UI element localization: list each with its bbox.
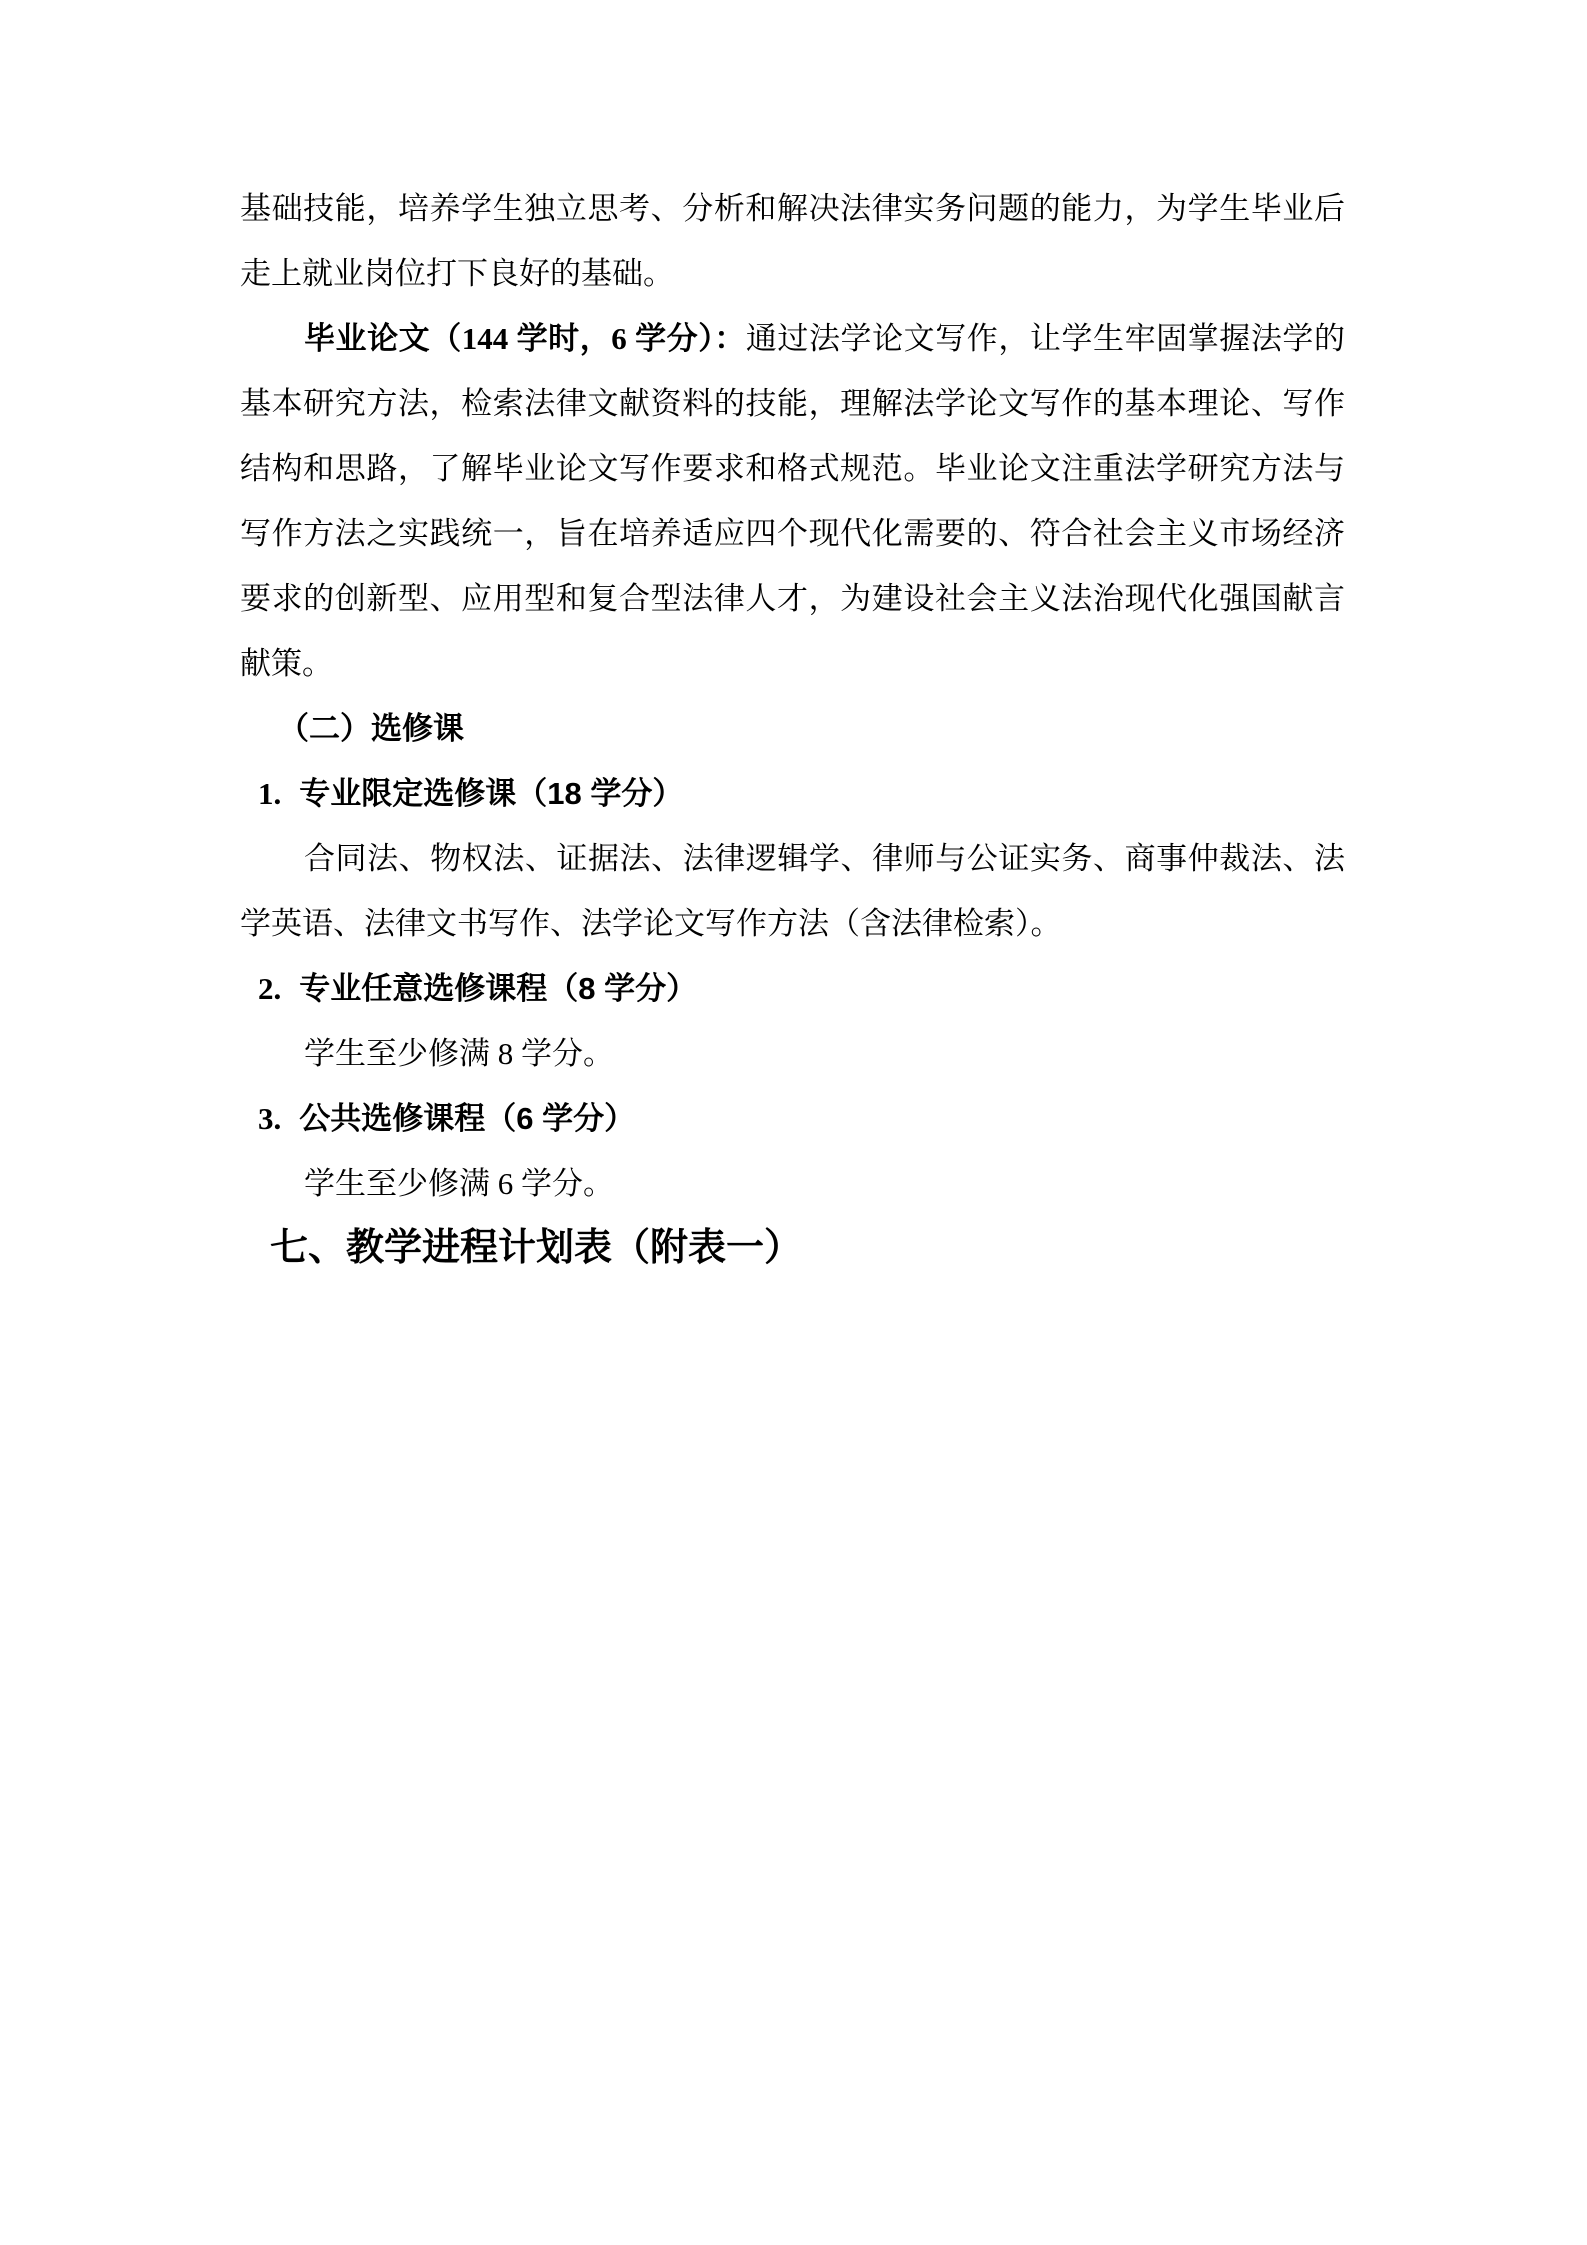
paragraph-thesis: 毕业论文（144 学时，6 学分）：通过法学论文写作，让学生牢固掌握法学的基本研… <box>240 306 1345 696</box>
subheading-3-number: 3. <box>258 1086 281 1151</box>
subheading-1-title: 专业限定选修课（18 学分） <box>299 776 683 811</box>
chapter-heading-teaching-schedule: 七、教学进程计划表（附表一） <box>240 1216 1345 1281</box>
paragraph-intro: 基础技能，培养学生独立思考、分析和解决法律实务问题的能力，为学生毕业后走上就业岗… <box>240 176 1345 306</box>
paragraph-free-electives: 学生至少修满 8 学分。 <box>240 1021 1345 1086</box>
paragraph-restricted-electives: 合同法、物权法、证据法、法律逻辑学、律师与公证实务、商事仲裁法、法学英语、法律文… <box>240 826 1345 956</box>
thesis-lead-bold: 毕业论文（144 学时，6 学分）： <box>304 321 746 356</box>
thesis-body-text: 通过法学论文写作，让学生牢固掌握法学的基本研究方法，检索法律文献资料的技能，理解… <box>240 321 1345 681</box>
document-text-block: 基础技能，培养学生独立思考、分析和解决法律实务问题的能力，为学生毕业后走上就业岗… <box>240 176 1345 1281</box>
subheading-public-electives: 3.公共选修课程（6 学分） <box>240 1086 1345 1151</box>
subheading-2-title: 专业任意选修课程（8 学分） <box>299 971 697 1006</box>
section-heading-electives: （二）选修课 <box>240 696 1345 761</box>
subheading-1-number: 1. <box>258 761 281 826</box>
subheading-3-title: 公共选修课程（6 学分） <box>299 1101 635 1136</box>
document-page: 基础技能，培养学生独立思考、分析和解决法律实务问题的能力，为学生毕业后走上就业岗… <box>0 0 1587 2245</box>
subheading-restricted-electives: 1.专业限定选修课（18 学分） <box>240 761 1345 826</box>
subheading-free-electives: 2.专业任意选修课程（8 学分） <box>240 956 1345 1021</box>
paragraph-public-electives: 学生至少修满 6 学分。 <box>240 1151 1345 1216</box>
subheading-2-number: 2. <box>258 956 281 1021</box>
